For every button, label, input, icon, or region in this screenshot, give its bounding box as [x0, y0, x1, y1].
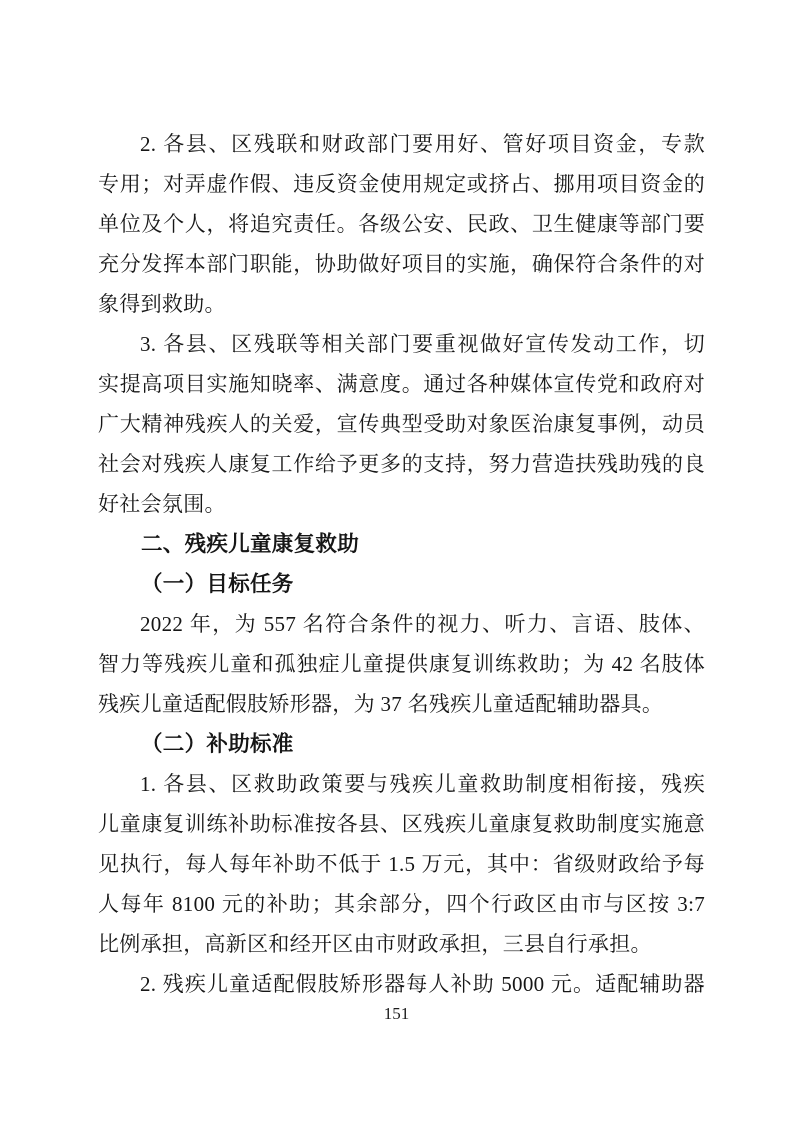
paragraph-3-line: 智力等残疾儿童和孤独症儿童提供康复训练救助；为 42 名肢体 — [98, 644, 705, 684]
paragraph-5-line: 2. 残疾儿童适配假肢矫形器每人补助 5000 元。适配辅助器 — [98, 964, 705, 1004]
paragraph-2-line: 广大精神残疾人的关爱，宣传典型受助对象医治康复事例，动员 — [98, 404, 705, 444]
paragraph-4-line: 1. 各县、区救助政策要与残疾儿童救助制度相衔接，残疾 — [98, 764, 705, 804]
section-heading: 二、残疾儿童康复救助 — [98, 524, 705, 564]
page-number: 151 — [0, 1001, 793, 1027]
document-body: 2. 各县、区残联和财政部门要用好、管好项目资金，专款 专用；对弄虚作假、违反资… — [98, 124, 705, 1004]
paragraph-2-line: 社会对残疾人康复工作给予更多的支持，努力营造扶残助残的良 — [98, 444, 705, 484]
paragraph-2-line: 实提高项目实施知晓率、满意度。通过各种媒体宣传党和政府对 — [98, 364, 705, 404]
document-page: 2. 各县、区残联和财政部门要用好、管好项目资金，专款 专用；对弄虚作假、违反资… — [0, 0, 793, 1122]
paragraph-1-line: 象得到救助。 — [98, 284, 705, 324]
paragraph-1-line: 单位及个人，将追究责任。各级公安、民政、卫生健康等部门要 — [98, 204, 705, 244]
paragraph-3-line: 残疾儿童适配假肢矫形器，为 37 名残疾儿童适配辅助器具。 — [98, 684, 705, 724]
paragraph-3-line: 2022 年，为 557 名符合条件的视力、听力、言语、肢体、 — [98, 604, 705, 644]
paragraph-1-line: 专用；对弄虚作假、违反资金使用规定或挤占、挪用项目资金的 — [98, 164, 705, 204]
paragraph-1-line: 充分发挥本部门职能，协助做好项目的实施，确保符合条件的对 — [98, 244, 705, 284]
subsection-heading-1: （一）目标任务 — [98, 564, 705, 604]
subsection-heading-2: （二）补助标准 — [98, 724, 705, 764]
paragraph-4-line: 见执行，每人每年补助不低于 1.5 万元，其中：省级财政给予每 — [98, 844, 705, 884]
paragraph-4-line: 人每年 8100 元的补助；其余部分，四个行政区由市与区按 3:7 — [98, 884, 705, 924]
paragraph-2-line: 3. 各县、区残联等相关部门要重视做好宣传发动工作，切 — [98, 324, 705, 364]
paragraph-4-line: 儿童康复训练补助标准按各县、区残疾儿童康复救助制度实施意 — [98, 804, 705, 844]
paragraph-2-line: 好社会氛围。 — [98, 484, 705, 524]
paragraph-4-line: 比例承担，高新区和经开区由市财政承担，三县自行承担。 — [98, 924, 705, 964]
paragraph-1-line: 2. 各县、区残联和财政部门要用好、管好项目资金，专款 — [98, 124, 705, 164]
